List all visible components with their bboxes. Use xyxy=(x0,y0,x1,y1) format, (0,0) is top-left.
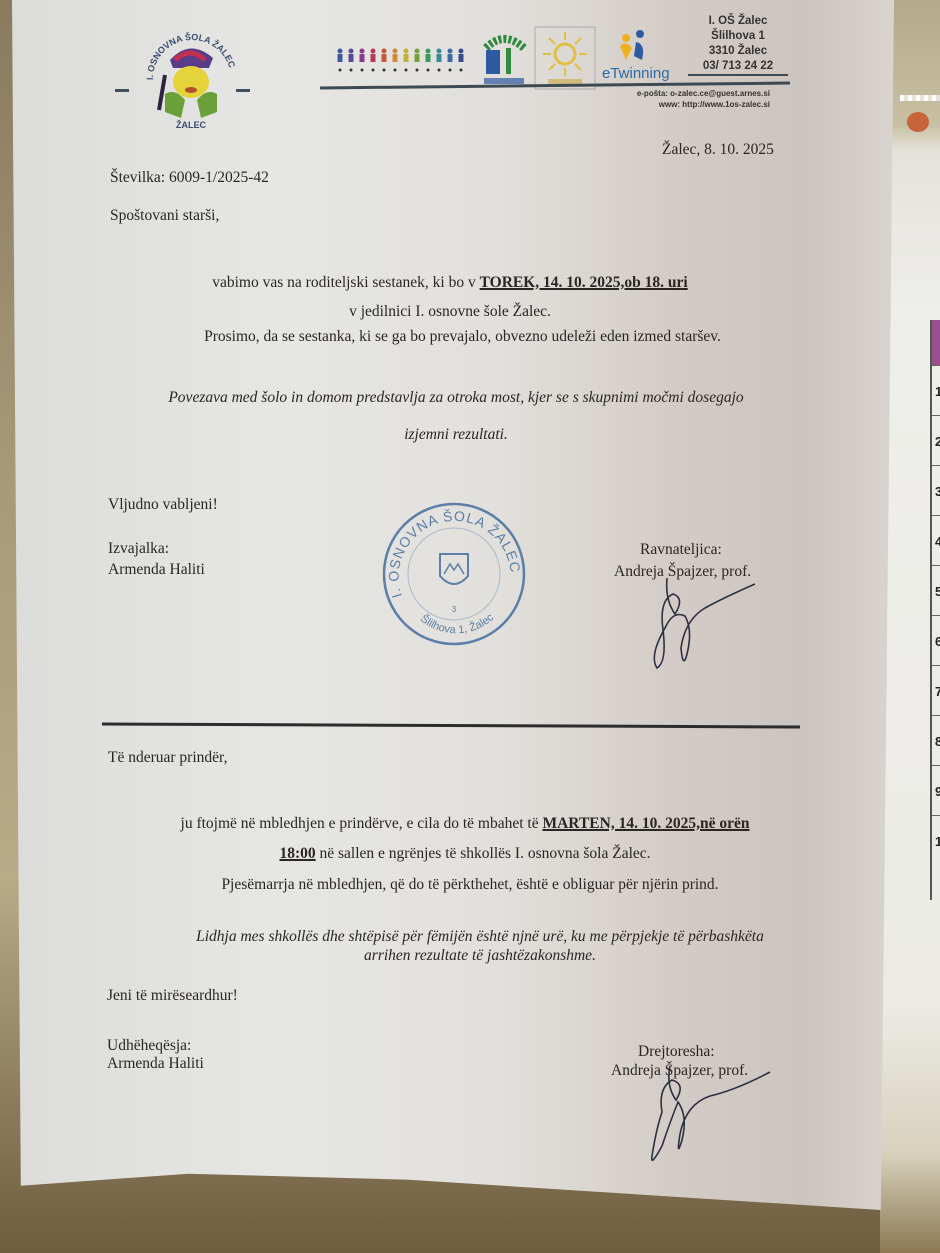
location-albanian: në sallen e ngrënjes të shkollës I. osno… xyxy=(316,845,651,862)
school-mascot-logo-icon: I. OSNOVNA ŠOLA ŽALEC ŽALEC xyxy=(135,20,245,130)
svg-text:ŽALEC: ŽALEC xyxy=(176,119,206,130)
invitation-text: ju ftojmë në mbledhjen e prindërve, e ci… xyxy=(181,815,543,832)
zdrava-sola-badge-icon xyxy=(534,26,596,90)
principal-role-slovene: Ravnateljica: xyxy=(640,541,722,559)
background-table-cell: 2 xyxy=(932,415,940,465)
official-school-stamp-icon: I. OSNOVNA ŠOLA ŽALEC Šlilhova 1, Žalec … xyxy=(380,500,528,648)
quote-slovene-line2: izjemni rezultati. xyxy=(100,426,812,444)
invitation-line-slovene: vabimo vas na roditeljski sestanek, ki b… xyxy=(100,274,800,292)
background-table: 1 2 3 4 5 6 7 8 9 1 xyxy=(930,320,940,900)
background-binder-strip xyxy=(900,95,940,101)
svg-text:3: 3 xyxy=(452,605,457,614)
meeting-datetime-slovene: TOREK, 14. 10. 2025,ob 18. uri xyxy=(480,274,688,291)
contact-phone: 03/ 713 24 22 xyxy=(688,59,788,76)
contact-web-block: e-pošta: o-zalec.ce@guest.arnes.si www: … xyxy=(560,88,770,110)
kulturna-sola-badge-icon xyxy=(335,46,470,74)
school-contact-block: I. OŠ Žalec Šlilhova 1 3310 Žalec 03/ 71… xyxy=(688,14,788,76)
reference-number: Številka: 6009-1/2025-42 xyxy=(110,169,269,187)
contact-website[interactable]: www: http://www.1os-zalec.si xyxy=(560,99,770,110)
quote-slovene-line1: Povezava med šolo in domom predstavlja z… xyxy=(100,389,812,407)
request-slovene: Prosimo, da se sestanka, ki se ga bo pre… xyxy=(100,328,825,346)
letter-date: Žalec, 8. 10. 2025 xyxy=(662,141,774,159)
background-table-cell: 7 xyxy=(932,665,940,715)
contact-name: I. OŠ Žalec xyxy=(688,14,788,29)
organizer-role-slovene: Izvajalka: xyxy=(108,540,169,558)
svg-text:eTwinning: eTwinning xyxy=(602,65,670,82)
svg-text:Šlilhova 1, Žalec: Šlilhova 1, Žalec xyxy=(418,611,496,636)
organizer-name-albanian: Armenda Haliti xyxy=(107,1055,204,1073)
quote-albanian-line1: Lidhja mes shkollës dhe shtëpisë për fëm… xyxy=(100,928,860,946)
principal-role-albanian: Drejtoresha: xyxy=(638,1043,715,1061)
background-table-cell: 6 xyxy=(932,615,940,665)
background-table-cell: 4 xyxy=(932,515,940,565)
contact-city: 3310 Žalec xyxy=(688,44,788,59)
ekosola-badge-icon xyxy=(480,30,528,88)
background-table-cell: 5 xyxy=(932,565,940,615)
organizer-name-slovene: Armenda Haliti xyxy=(108,561,205,579)
meeting-time-albanian: 18:00 xyxy=(279,845,315,862)
background-table-cell: 1 xyxy=(932,365,940,415)
background-table-cell: 3 xyxy=(932,465,940,515)
quote-albanian-line2: arrihen rezultate të jashtëzakonshme. xyxy=(100,947,860,965)
principal-signature-icon xyxy=(645,570,775,680)
background-table-cell: 9 xyxy=(932,765,940,815)
location-slovene: v jedilnici I. osnovne šole Žalec. xyxy=(100,303,800,321)
greeting-slovene: Spoštovani starši, xyxy=(110,207,219,225)
closing-albanian: Jeni të mirëseardhur! xyxy=(107,987,238,1005)
organizer-role-albanian: Udhëheqësja: xyxy=(107,1037,191,1055)
contact-street: Šlilhova 1 xyxy=(688,29,788,44)
background-table-header xyxy=(932,320,940,365)
greeting-albanian: Të nderuar prindër, xyxy=(108,749,227,767)
location-line-albanian: 18:00 në sallen e ngrënjes të shkollës I… xyxy=(100,845,830,863)
closing-slovene: Vljudno vabljeni! xyxy=(108,496,218,514)
background-table-cell: 8 xyxy=(932,715,940,765)
background-orange-dot xyxy=(907,112,929,132)
meeting-date-albanian: MARTEN, 14. 10. 2025,në orën xyxy=(542,815,749,832)
principal-signature-icon xyxy=(640,1060,780,1170)
request-albanian: Pjesëmarrja në mbledhjen, që do të përkt… xyxy=(100,876,840,894)
contact-email[interactable]: e-pošta: o-zalec.ce@guest.arnes.si xyxy=(560,88,770,99)
invitation-line-albanian: ju ftojmë në mbledhjen e prindërve, e ci… xyxy=(100,815,830,833)
background-table-cell: 1 xyxy=(932,815,940,865)
etwinning-badge-icon: eTwinning xyxy=(600,26,682,86)
invitation-text: vabimo vas na roditeljski sestanek, ki b… xyxy=(212,274,479,291)
logo-dash-left xyxy=(115,89,129,92)
